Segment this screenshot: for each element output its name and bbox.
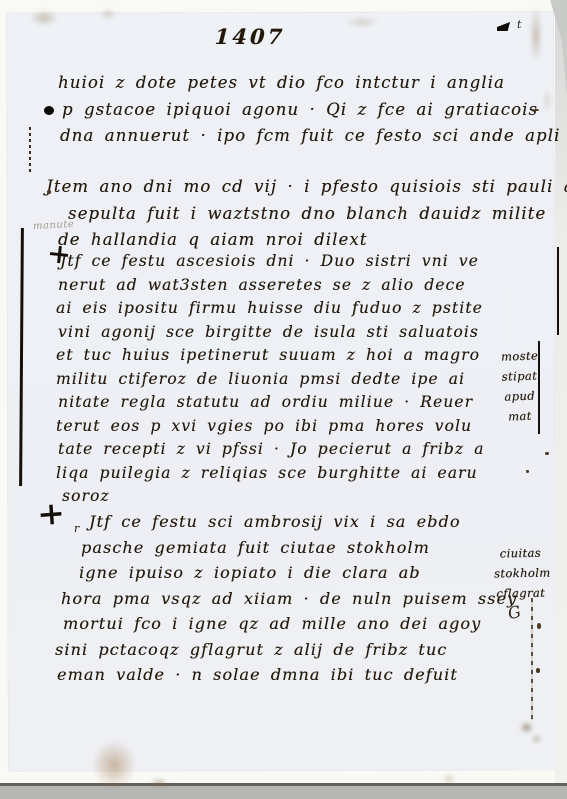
margin-rule-left-dotted [29,127,31,175]
manuscript-line: militu ctiferoz de liuonia pmsi dedte ip… [56,368,484,392]
stain [30,10,58,26]
manuscript-line: Jtem ano dni mo cd vij · i pfesto quisio… [46,174,567,201]
margin-note-line: stokholm [494,563,551,584]
corner-t-mark: t [517,18,521,31]
manuscript-line: huioi z dote petes vt dio fco intctur i … [58,70,560,97]
stain [92,740,136,790]
entry-paragraph-3: Jtf ce festu ascesiois dni · Duo sistri … [56,250,484,509]
manuscript-line: igne ipuiso z iopiato i die clara ab [79,560,517,586]
photo-paper: 1407 huioi z dote petes vt dio fco intct… [0,0,567,786]
margin-note-line: cflagrat [496,583,551,604]
margin-pencil-word: manute [33,219,75,232]
manuscript-line: dna annuerut · ipo fcm fuit ce festo sci… [60,123,560,150]
margin-rule-right-mid [538,341,540,434]
ink-speck [536,668,540,673]
manuscript-line: p gstacoe ipiquoi agonu · Qi z fce ai gr… [62,97,560,124]
ink-speck [526,470,529,473]
margin-note-line: stipat [501,365,539,386]
margin-cross-icon [49,245,69,264]
stain [532,735,541,743]
margin-note-line: ciuitas [499,543,550,564]
margin-bullet-dot-icon [44,106,54,115]
manuscript-line: eman valde · n solae dmna ibi tuc defuit [57,662,517,688]
manuscript-line: et tuc huius ipetinerut suuam z hoi a ma… [56,344,484,368]
ink-speck [545,452,549,455]
ink-speck [47,190,51,194]
manuscript-line: mortui fco i igne qz ad mille ano dei ag… [63,611,517,637]
manuscript-line: liqa puilegia z reliqias sce burghitte a… [56,462,484,486]
entry-paragraph-1: huioi z dote petes vt dio fco intctur i … [58,70,560,150]
margin-cross-icon [40,504,62,525]
margin-rule-right-upper [557,247,559,335]
manuscript-line: vini agonij sce birgitte de isula sti sa… [58,321,484,345]
stain [100,9,116,19]
manuscript-line: sepulta fuit i waztstno dno blanch dauid… [68,201,567,228]
manuscript-line: soroz [62,485,484,509]
manuscript-line: nitate regla statutu ad ordiu miliue · R… [58,391,484,415]
margin-note-right-1: moste stipat apud mat [501,345,541,426]
margin-note-line: moste [501,345,539,366]
stain [520,722,533,733]
entry-paragraph-4: Jtf ce festu sci ambrosij vix i sa ebdo … [55,509,517,688]
manuscript-line: pasche gemiata fuit ciutae stokholm [81,535,517,561]
manuscript-line: Jtf ce festu sci ambrosij vix i sa ebdo [89,509,517,535]
manuscript-line: hora pma vsqz ad xiiam · de nuln puisem … [61,586,517,612]
margin-rule-right-lower-dotted [531,598,533,720]
margin-r-mark: r [74,522,79,535]
scan-backdrop: 1407 huioi z dote petes vt dio fco intct… [0,0,567,799]
manuscript-line: nerut ad wat3sten asseretes se z alio de… [58,274,484,298]
manuscript-line: sini pctacoqz gflagrut z alij de fribz t… [55,637,517,663]
manuscript-line: terut eos p xvi vgies po ibi pma hores v… [56,415,484,439]
manuscript-line: tate recepti z vi pfssi · Jo pecierut a … [58,438,484,462]
ink-speck [533,109,539,111]
ink-speck [537,623,541,629]
stain [150,778,168,787]
manuscript-line: Jtf ce festu ascesiois dni · Duo sistri … [60,250,484,274]
stain [530,6,542,64]
page-year-heading: 1407 [0,24,501,49]
entry-paragraph-2: Jtem ano dni mo cd vij · i pfesto quisio… [46,174,567,254]
margin-note-right-2: ciuitas stokholm cflagrat [493,543,551,604]
manuscript-line: ai eis ipositu firmu huisse diu fuduo z … [56,297,484,321]
stain [345,17,379,27]
margin-note-line: apud [504,385,540,406]
stain [543,88,551,114]
stain [443,775,455,783]
margin-note-line: mat [508,405,541,426]
